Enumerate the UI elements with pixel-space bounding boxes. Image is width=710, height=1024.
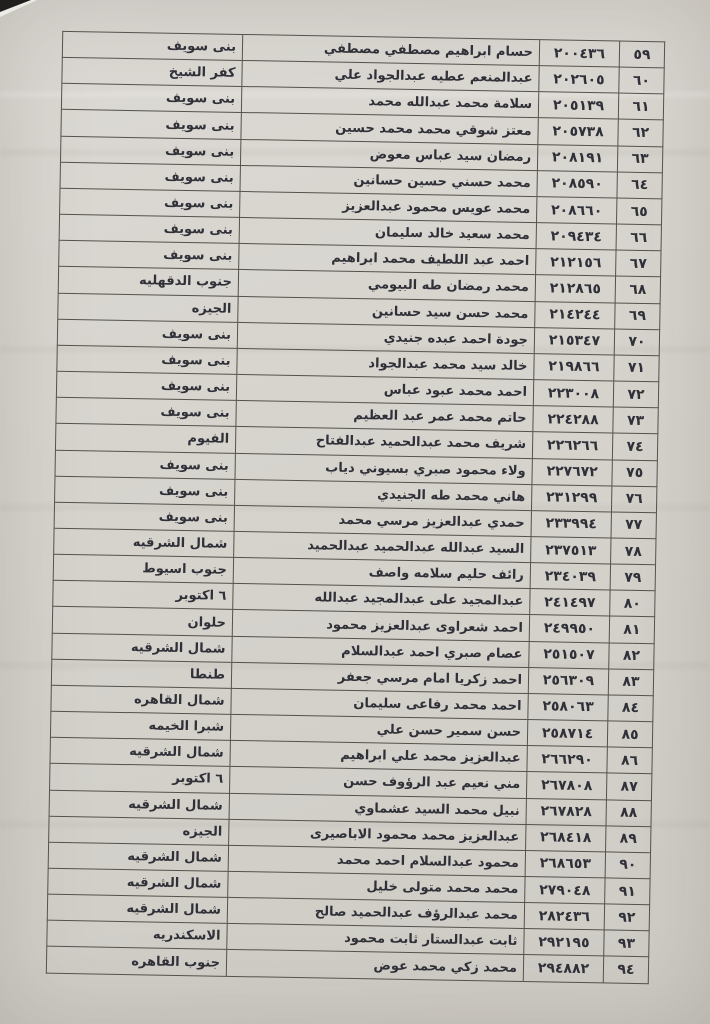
cell-governorate: جنوب القاهره bbox=[46, 947, 226, 977]
cell-governorate: بنى سويف bbox=[55, 476, 235, 505]
cell-serial-number: ٨٦ bbox=[607, 747, 652, 774]
cell-id-number: ٢١٩٨٦٦ bbox=[534, 353, 614, 381]
cell-serial-number: ٦٣ bbox=[617, 146, 662, 173]
cell-id-number: ٢٠٨٦٦٠ bbox=[536, 197, 616, 225]
cell-governorate: شمال الشرقيه bbox=[54, 528, 234, 557]
cell-governorate: جنوب اسيوط bbox=[53, 554, 233, 583]
cell-id-number: ٢١٢٨٦٥ bbox=[535, 275, 615, 303]
cell-governorate: بنى سويف bbox=[57, 345, 237, 374]
cell-id-number: ٢٠٥١٣٩ bbox=[538, 92, 618, 120]
cell-governorate: بنى سويف bbox=[55, 450, 235, 479]
cell-full-name: محمد زكي محمد عوض bbox=[226, 950, 523, 982]
cell-governorate: حلوان bbox=[52, 607, 232, 636]
cell-governorate: شبرا الخيمه bbox=[50, 711, 230, 740]
photo-background: ٥٩٢٠٠٤٣٦حسام ابراهيم مصطفي مصطفيبنى سويف… bbox=[0, 0, 710, 1024]
cell-id-number: ٢٤٩٩٥٠ bbox=[529, 615, 609, 643]
cell-governorate: شمال الشرقيه bbox=[50, 737, 230, 766]
cell-serial-number: ٦١ bbox=[618, 93, 663, 120]
cell-governorate: طنطا bbox=[51, 659, 231, 688]
cell-serial-number: ٧٠ bbox=[614, 329, 659, 356]
cell-id-number: ٢٩٤٨٨٢ bbox=[523, 955, 603, 983]
cell-governorate: بنى سويف bbox=[60, 188, 240, 217]
cell-id-number: ٢٢٤٢٨٨ bbox=[533, 406, 613, 434]
cell-governorate: شمال الشرقيه bbox=[48, 868, 228, 897]
cell-serial-number: ٩٢ bbox=[604, 904, 649, 931]
cell-governorate: شمال القاهره bbox=[51, 685, 231, 714]
cell-serial-number: ٧١ bbox=[614, 355, 659, 382]
cell-id-number: ٢٥٦٣٠٩ bbox=[528, 667, 608, 695]
cell-serial-number: ٧٢ bbox=[613, 381, 658, 408]
cell-serial-number: ٩٣ bbox=[604, 930, 649, 957]
cell-id-number: ٢٠٥٧٣٨ bbox=[538, 118, 618, 146]
cell-governorate: الاسكندريه bbox=[47, 921, 227, 950]
cell-governorate: بنى سويف bbox=[59, 241, 239, 270]
cell-id-number: ٢٣٧٥١٣ bbox=[531, 537, 611, 565]
cell-serial-number: ٨٢ bbox=[609, 643, 654, 670]
cell-id-number: ٢٠٨١٩١ bbox=[537, 144, 617, 172]
cell-governorate: بنى سويف bbox=[56, 371, 236, 400]
cell-serial-number: ٦٥ bbox=[616, 198, 661, 225]
cell-governorate: بنى سويف bbox=[61, 110, 241, 139]
cell-id-number: ٢٢٧٦٧٢ bbox=[532, 458, 612, 486]
cell-id-number: ٢٣٤٠٣٩ bbox=[530, 563, 610, 591]
cell-serial-number: ٥٩ bbox=[619, 41, 664, 68]
cell-id-number: ٢٠٢٦٠٥ bbox=[539, 66, 619, 94]
cell-id-number: ٢٦٦٢٩٠ bbox=[527, 746, 607, 774]
cell-id-number: ٢٠٩٤٣٤ bbox=[536, 223, 616, 251]
cell-governorate: بنى سويف bbox=[59, 214, 239, 243]
cell-governorate: شمال الشرقيه bbox=[48, 842, 228, 871]
cell-serial-number: ٨٩ bbox=[606, 826, 651, 853]
scanned-paper: ٥٩٢٠٠٤٣٦حسام ابراهيم مصطفي مصطفيبنى سويف… bbox=[0, 0, 710, 1024]
cell-serial-number: ٨١ bbox=[609, 616, 654, 643]
cell-governorate: الجيزه bbox=[49, 816, 229, 845]
cell-id-number: ٢٢٦٢٦٦ bbox=[532, 432, 612, 460]
cell-serial-number: ٩٠ bbox=[605, 852, 650, 879]
cell-governorate: كفر الشيخ bbox=[62, 57, 242, 86]
cell-serial-number: ٦٩ bbox=[615, 303, 660, 330]
cell-serial-number: ٦٦ bbox=[616, 224, 661, 251]
cell-governorate: بنى سويف bbox=[62, 31, 242, 60]
cell-governorate: بنى سويف bbox=[56, 397, 236, 426]
cell-governorate: ٦ اكتوبر bbox=[50, 764, 230, 793]
cell-governorate: بنى سويف bbox=[57, 319, 237, 348]
cell-id-number: ٢٥٨٧١٤ bbox=[527, 720, 607, 748]
cell-id-number: ٢٣١٢٩٩ bbox=[531, 484, 611, 512]
cell-id-number: ٢٩٢١٩٥ bbox=[524, 929, 604, 957]
cell-serial-number: ٦٢ bbox=[618, 120, 663, 147]
cell-governorate: جنوب الدقهليه bbox=[58, 267, 238, 296]
cell-serial-number: ٨٠ bbox=[610, 590, 655, 617]
cell-serial-number: ٧٣ bbox=[613, 407, 658, 434]
cell-id-number: ٢٦٧٨٢٨ bbox=[526, 798, 606, 826]
cell-serial-number: ٨٥ bbox=[607, 721, 652, 748]
cell-id-number: ٢١٥٣٤٧ bbox=[534, 327, 614, 355]
cell-governorate: الفيوم bbox=[55, 424, 235, 453]
cell-serial-number: ٩٤ bbox=[603, 956, 648, 983]
cell-serial-number: ٧٧ bbox=[611, 512, 656, 539]
cell-serial-number: ٦٠ bbox=[619, 67, 664, 94]
cell-governorate: شمال الشرقيه bbox=[49, 790, 229, 819]
cell-governorate: الجيزه bbox=[58, 293, 238, 322]
cell-serial-number: ٦٨ bbox=[615, 276, 660, 303]
cell-id-number: ٢٥٨٠٦٣ bbox=[528, 693, 608, 721]
cell-id-number: ٢٤١٤٩٧ bbox=[530, 589, 610, 617]
cell-serial-number: ٨٣ bbox=[608, 669, 653, 696]
cell-serial-number: ٦٧ bbox=[616, 250, 661, 277]
cell-governorate: بنى سويف bbox=[60, 136, 240, 165]
roster-table-body: ٥٩٢٠٠٤٣٦حسام ابراهيم مصطفي مصطفيبنى سويف… bbox=[46, 31, 664, 983]
cell-governorate: ٦ اكتوبر bbox=[53, 581, 233, 610]
cell-governorate: بنى سويف bbox=[60, 162, 240, 191]
cell-serial-number: ٧٤ bbox=[612, 433, 657, 460]
cell-id-number: ٢٥١٥٠٧ bbox=[529, 641, 609, 669]
cell-id-number: ٢١٢١٥٦ bbox=[536, 249, 616, 277]
cell-serial-number: ٧٩ bbox=[610, 564, 655, 591]
cell-id-number: ٢٠٨٥٩٠ bbox=[537, 170, 617, 198]
cell-id-number: ٢٠٠٤٣٦ bbox=[539, 40, 619, 68]
cell-serial-number: ٨٤ bbox=[608, 695, 653, 722]
cell-id-number: ٢٢٣٠٠٨ bbox=[533, 380, 613, 408]
cell-governorate: شمال الشرقيه bbox=[52, 633, 232, 662]
cell-serial-number: ٧٥ bbox=[612, 459, 657, 486]
cell-serial-number: ٧٦ bbox=[611, 486, 656, 513]
cell-serial-number: ٩١ bbox=[605, 878, 650, 905]
cell-governorate: بنى سويف bbox=[54, 502, 234, 531]
cell-governorate: بنى سويف bbox=[61, 84, 241, 113]
cell-id-number: ٢٧٩٠٤٨ bbox=[525, 877, 605, 905]
roster-table-container: ٥٩٢٠٠٤٣٦حسام ابراهيم مصطفي مصطفيبنى سويف… bbox=[46, 31, 664, 984]
cell-serial-number: ٦٤ bbox=[617, 172, 662, 199]
cell-serial-number: ٧٨ bbox=[611, 538, 656, 565]
cell-governorate: شمال الشرقيه bbox=[47, 894, 227, 923]
cell-id-number: ٢٦٧٨٠٨ bbox=[526, 772, 606, 800]
cell-id-number: ٢٦٨٤١٨ bbox=[526, 824, 606, 852]
cell-id-number: ٢٦٨٦٥٣ bbox=[525, 850, 605, 878]
cell-serial-number: ٨٨ bbox=[606, 799, 651, 826]
cell-id-number: ٢٨٢٤٣٦ bbox=[524, 903, 604, 931]
cell-id-number: ٢١٤٢٤٤ bbox=[535, 301, 615, 329]
roster-table: ٥٩٢٠٠٤٣٦حسام ابراهيم مصطفي مصطفيبنى سويف… bbox=[46, 31, 665, 984]
cell-serial-number: ٨٧ bbox=[606, 773, 651, 800]
cell-id-number: ٢٣٣٩٩٤ bbox=[531, 510, 611, 538]
